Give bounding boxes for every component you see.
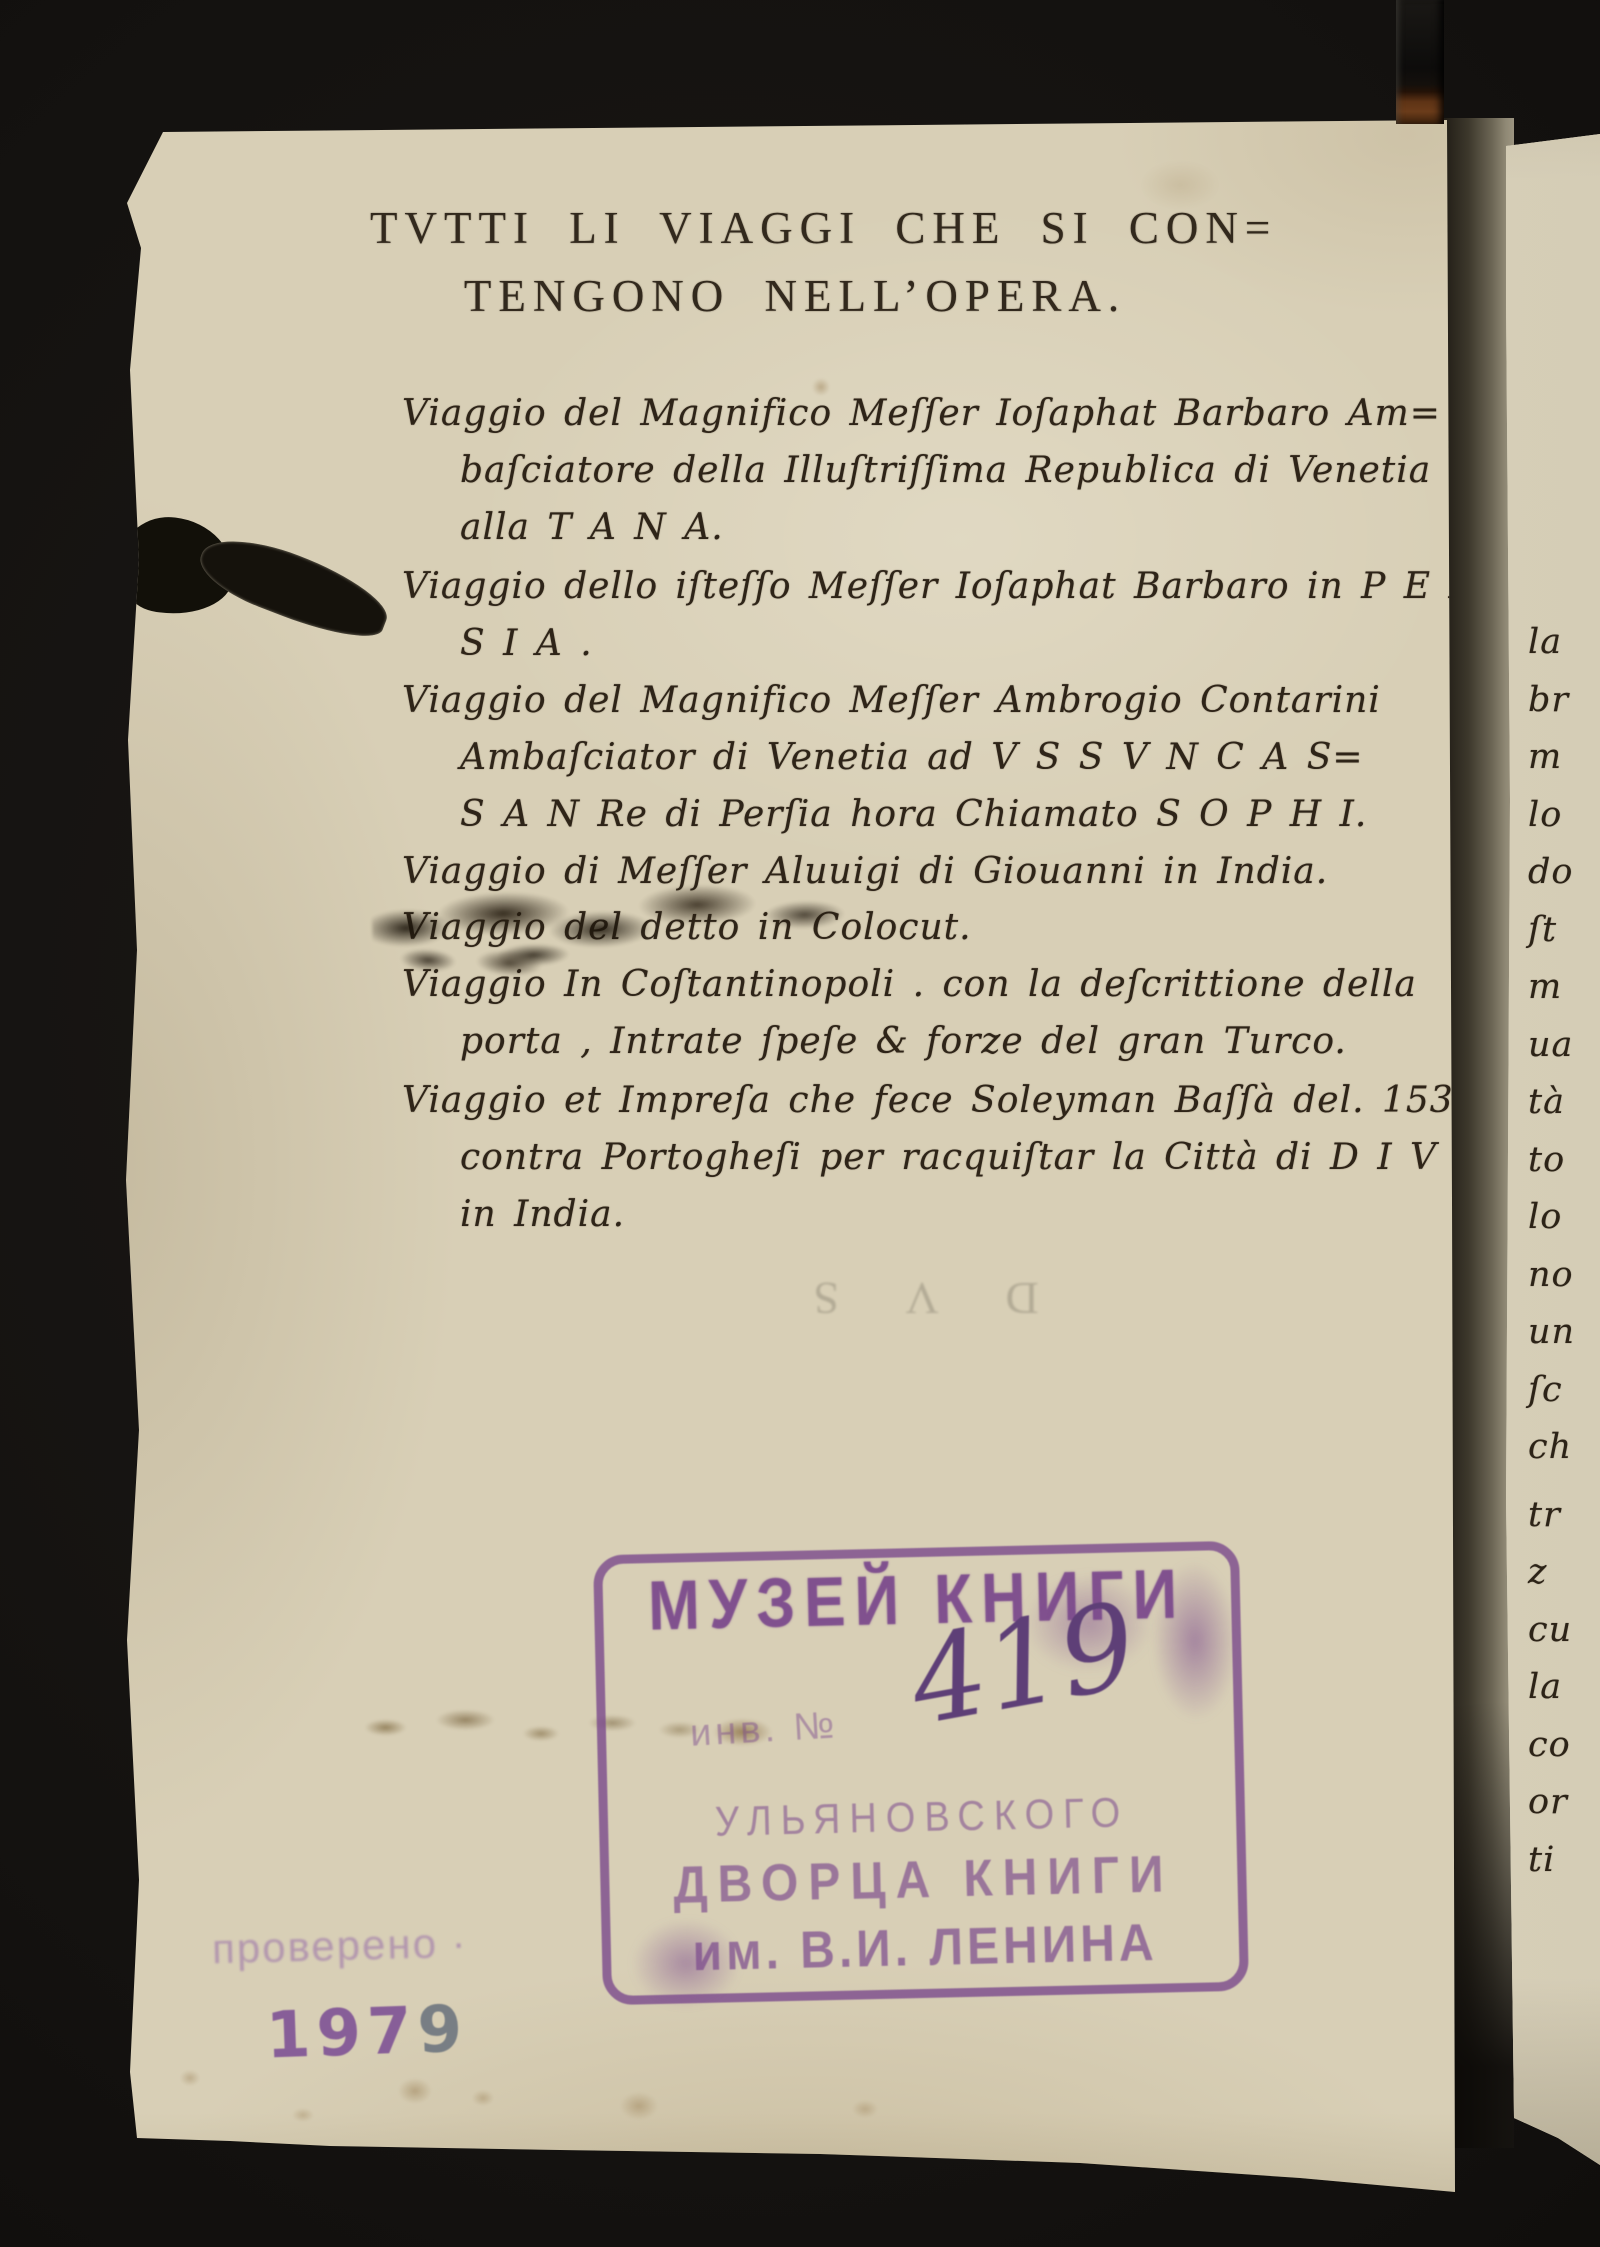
foxing-spot xyxy=(620,2092,658,2120)
toc-entry-barbaro-persia: Viaggio dello iſteſſo Meſſer Ioſaphat Ba… xyxy=(402,558,1477,672)
library-stamp: МУЗЕЙ КНИГИ инв. № 419 УЛЬЯНОВСКОГО ДВОР… xyxy=(593,1541,1249,2006)
year-mark: 1979 xyxy=(265,1992,470,2073)
adjacent-text-fragment: or xyxy=(1528,1782,1600,1822)
adjacent-text-fragment: tr xyxy=(1528,1495,1600,1535)
adjacent-text-fragment: lo xyxy=(1528,1197,1600,1237)
page-gutter-shadow xyxy=(1444,118,1514,2148)
foxing-spot xyxy=(1140,160,1220,210)
toc-entry-line: porta , Intrate ſpeſe & forze del gran T… xyxy=(460,1013,1417,1070)
year-last-digit: 9 xyxy=(416,1992,469,2068)
checked-stamp-note: проверено · xyxy=(211,1919,468,1974)
adjacent-text-fragment: un xyxy=(1528,1312,1600,1352)
foxing-spot xyxy=(852,2100,878,2118)
toc-entry-line: Viaggio et Impreſa che fece Soleyman Baſ… xyxy=(402,1072,1478,1129)
toc-entry-line: in India. xyxy=(460,1186,1478,1243)
stamp-city-line: УЛЬЯНОВСКОГО xyxy=(608,1788,1237,1850)
toc-entry-line: Viaggio del Magnifico Meſſer Ioſaphat Ba… xyxy=(402,385,1441,442)
foxing-spot xyxy=(180,2070,200,2086)
adjacent-text-fragment: m xyxy=(1528,737,1600,777)
adjacent-text-fragment: ſt xyxy=(1528,910,1600,950)
toc-entry-line: Viaggio del Magnifico Meſſer Ambrogio Co… xyxy=(402,672,1381,729)
adjacent-text-fragment: to xyxy=(1528,1140,1600,1180)
foxing-spot xyxy=(812,378,830,396)
adjacent-text-fragment: z xyxy=(1528,1552,1600,1592)
adjacent-text-fragment: ua xyxy=(1528,1025,1600,1065)
toc-entry-line: Ambaſciator di Venetia ad V S S V N C A … xyxy=(460,729,1381,786)
toc-entry-line: alla T A N A. xyxy=(460,499,1441,556)
stamp-inventory-label: инв. № xyxy=(689,1704,840,1755)
toc-entry-barbaro-tana: Viaggio del Magnifico Meſſer Ioſaphat Ba… xyxy=(402,385,1441,556)
adjacent-text-fragment: ti xyxy=(1528,1840,1600,1880)
toc-entry-line: S I A . xyxy=(460,615,1477,672)
adjacent-text-fragment: m xyxy=(1528,967,1600,1007)
adjacent-text-fragment: no xyxy=(1528,1255,1600,1295)
stamp-palace-line: ДВОРЦА КНИГИ xyxy=(609,1844,1238,1918)
foxing-spot xyxy=(292,2108,314,2122)
adjacent-text-fragment: ſc xyxy=(1528,1370,1600,1410)
book-page: TVTTI LI VIAGGI CHE SI CON= TENGONO NELL… xyxy=(0,0,1600,2247)
toc-entry-line: contra Portogheſi per racquiſtar la Citt… xyxy=(460,1129,1478,1186)
adjacent-text-fragment: br xyxy=(1528,680,1600,720)
foxing-spot xyxy=(472,2090,494,2106)
page-title-line-1: TVTTI LI VIAGGI CHE SI CON= xyxy=(370,202,1220,254)
foxing-spot xyxy=(398,2078,432,2104)
toc-entry-line: Viaggio dello iſteſſo Meſſer Ioſaphat Ba… xyxy=(402,558,1477,615)
adjacent-text-fragment: cu xyxy=(1528,1610,1600,1650)
year-digits: 197 xyxy=(265,1994,419,2073)
adjacent-text-fragment: lo xyxy=(1528,795,1600,835)
toc-entry-contarini: Viaggio del Magnifico Meſſer Ambrogio Co… xyxy=(402,672,1381,843)
adjacent-text-fragment: ch xyxy=(1528,1427,1600,1467)
toc-entry-line: S A N Re di Perſia hora Chiamato S O P H… xyxy=(460,786,1381,843)
ink-offset-ghost-text: D V S xyxy=(742,1272,1082,1325)
adjacent-text-fragment: la xyxy=(1528,1667,1600,1707)
adjacent-text-fragment: tà xyxy=(1528,1082,1600,1122)
toc-entry-line: baſciatore della Illuſtriſſima Republica… xyxy=(460,442,1441,499)
adjacent-text-fragment: la xyxy=(1528,622,1600,662)
book-scan: la br m lo do ſt m ua tà to lo no un ſc … xyxy=(0,0,1600,2247)
page-title-line-2: TENGONO NELL’OPERA. xyxy=(370,270,1220,322)
binding-cord xyxy=(1396,0,1444,124)
toc-entry-soleyman-diu: Viaggio et Impreſa che fece Soleyman Baſ… xyxy=(402,1072,1478,1243)
adjacent-text-fragment: do xyxy=(1528,852,1600,892)
adjacent-text-fragment: co xyxy=(1528,1725,1600,1765)
